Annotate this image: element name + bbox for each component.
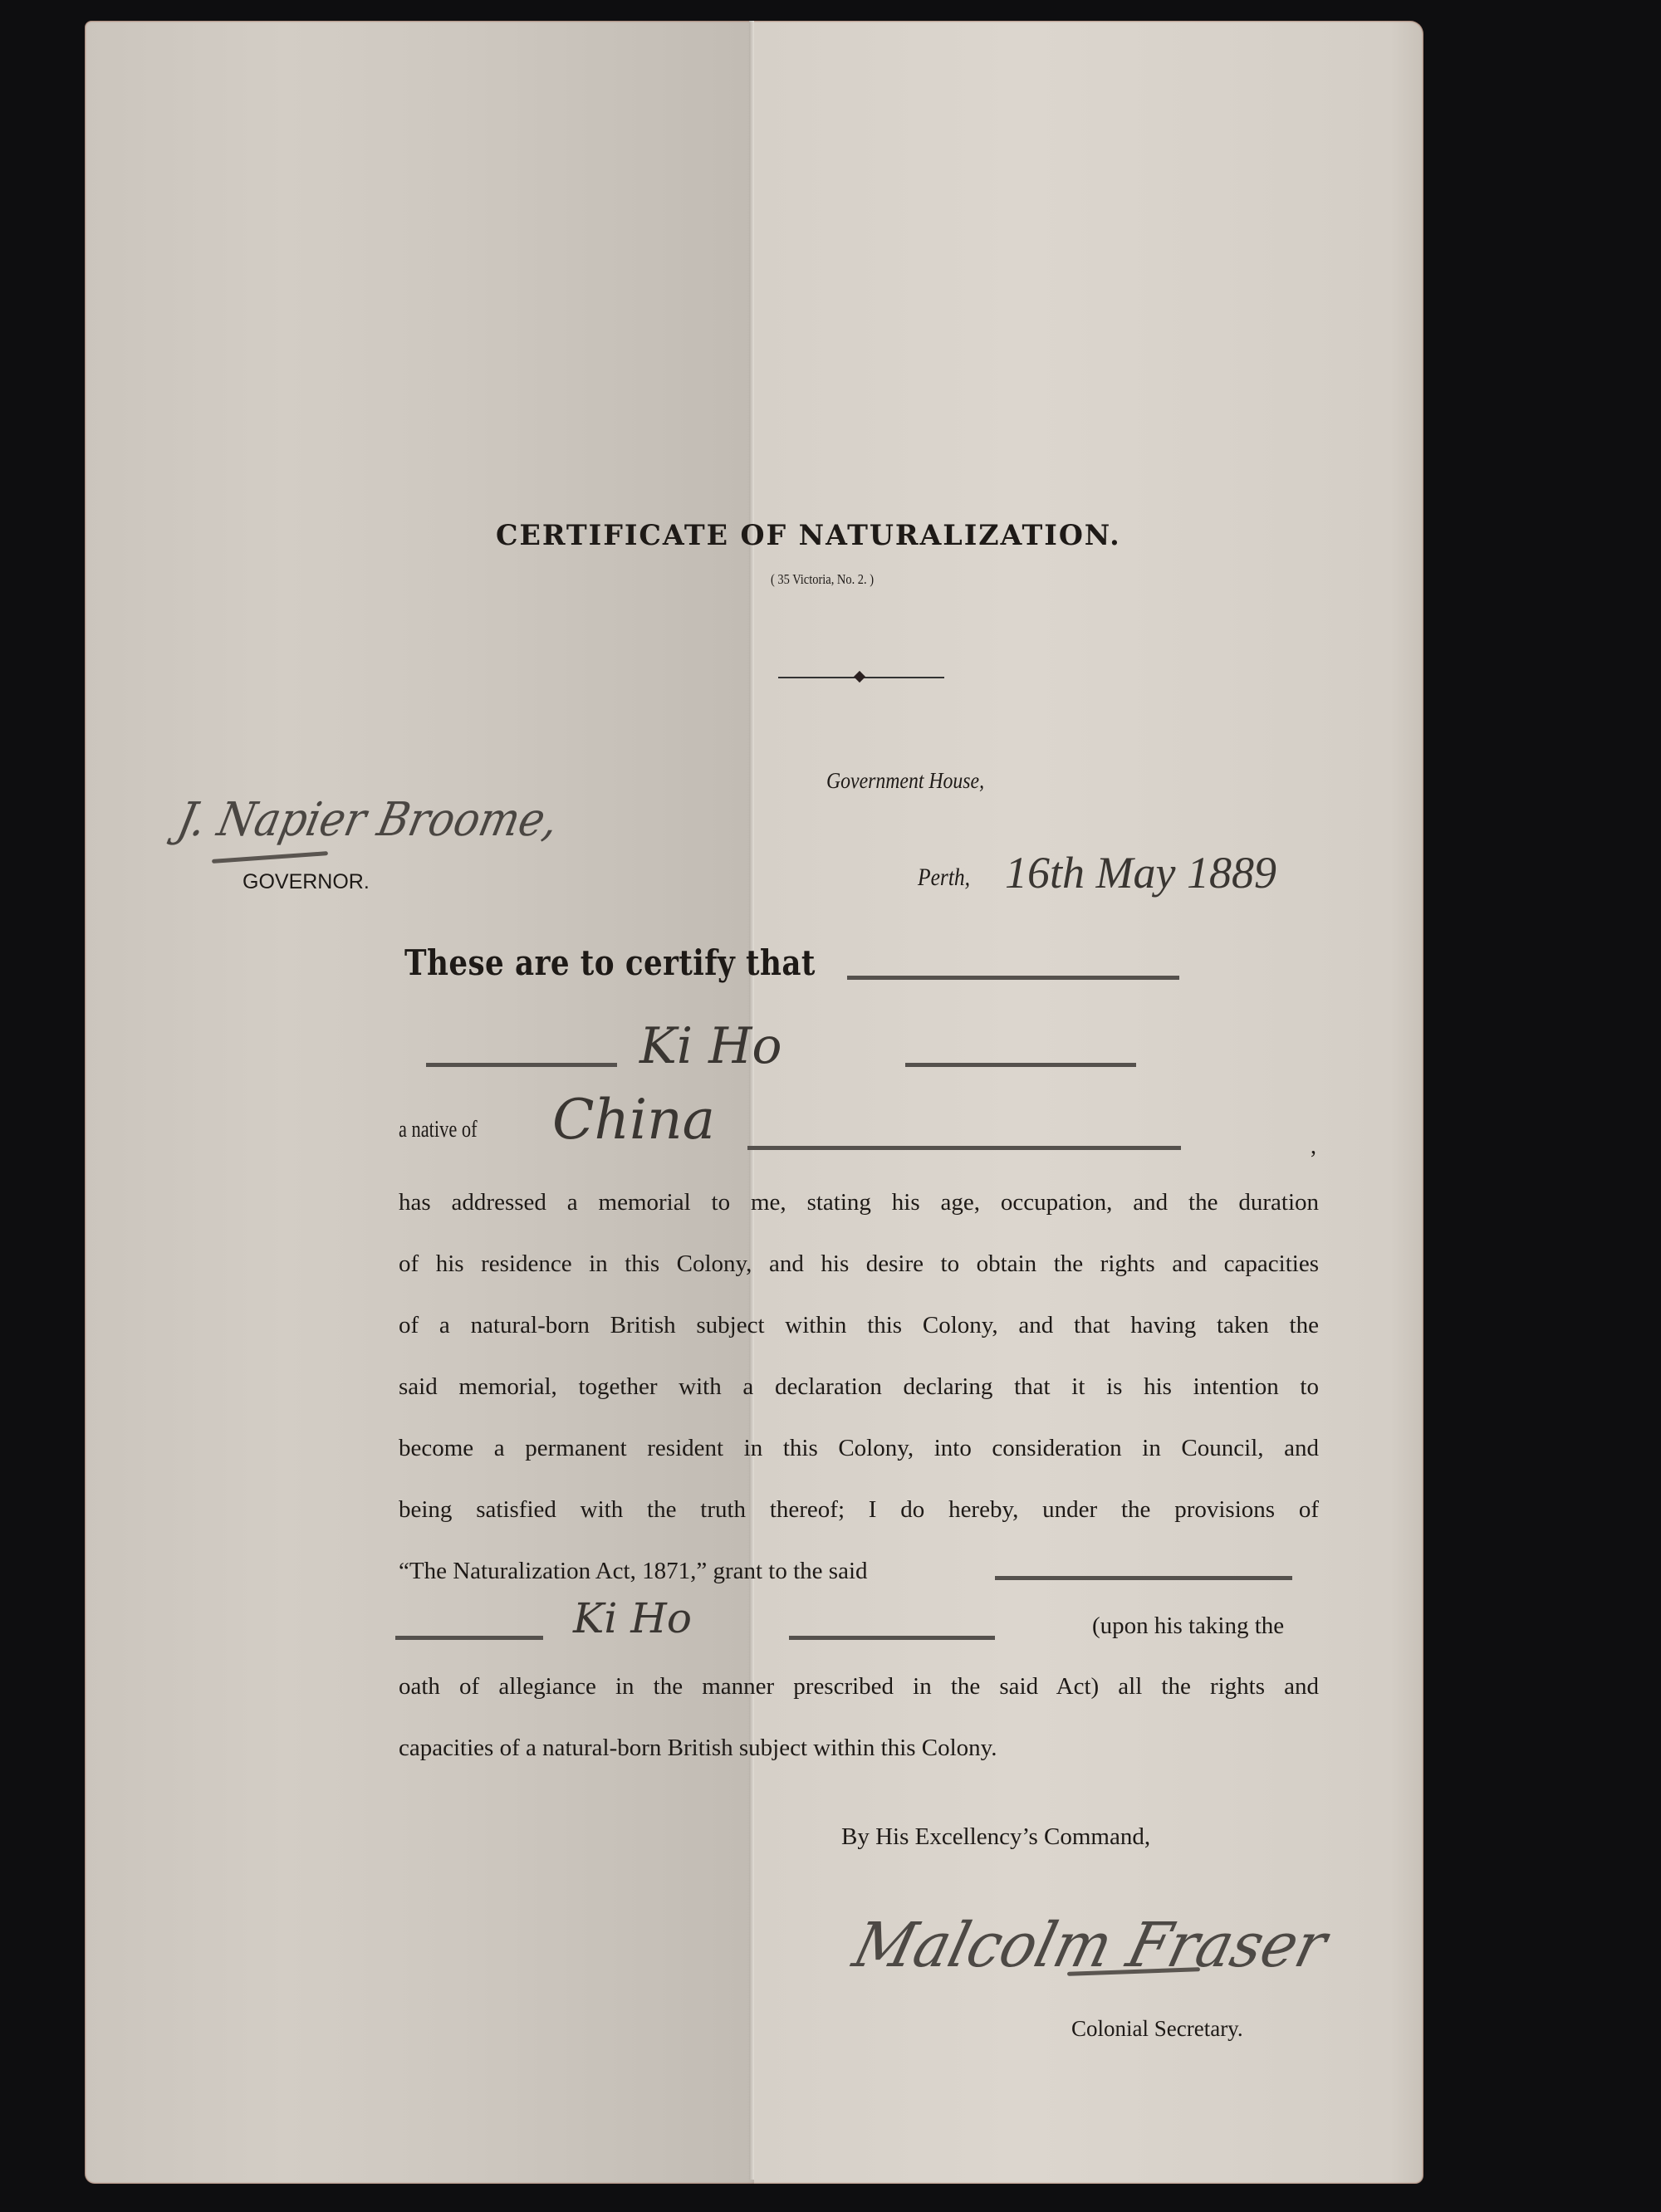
body-line: oath of allegiance in the manner prescri… [399,1673,1319,1735]
act-line: “The Naturalization Act, 1871,” grant to… [399,1558,868,1585]
certify-heading: These are to certify that [404,942,816,983]
document-subtitle: ( 35 Victoria, No. 2. ) [771,571,874,588]
body-line: of a natural-born British subject within… [399,1312,1319,1373]
body-line: being satisfied with the truth thereof; … [399,1496,1319,1558]
document-title: CERTIFICATE OF NATURALIZATION. [496,519,1121,552]
body-line: has addressed a memorial to me, stating … [399,1189,1319,1250]
body-line: become a permanent resident in this Colo… [399,1435,1319,1496]
body-line: said memorial, together with a declarati… [399,1373,1319,1435]
governor-label: GOVERNOR. [243,870,370,894]
handwritten-date: 16th May 1889 [1005,847,1276,898]
grantee-name-handwritten: Ki Ho [573,1594,692,1642]
blank-line [426,1063,617,1067]
trailing-comma: , [1311,1133,1316,1160]
body-line: capacities of a natural-born British sub… [399,1735,1319,1796]
blank-line [789,1636,995,1640]
body-line: of his residence in this Colony, and his… [399,1250,1319,1312]
government-house-label: Government House, [826,768,984,794]
colonial-secretary-label: Colonial Secretary. [1071,2016,1243,2042]
blank-line [905,1063,1136,1067]
blank-line [995,1576,1292,1580]
country-handwritten: China [552,1088,715,1152]
closing-paragraph: oath of allegiance in the manner prescri… [399,1673,1319,1796]
certificate-paper [85,21,1423,2184]
fold-crease [749,21,754,2180]
by-command-text: By His Excellency’s Command, [841,1823,1150,1851]
blank-line [395,1636,543,1640]
body-paragraph: has addressed a memorial to me, stating … [399,1189,1319,1558]
governor-signature: J. Napier Broome, [173,793,563,847]
city-label: Perth, [918,864,970,892]
person-name-handwritten: Ki Ho [639,1017,782,1075]
blank-line [847,976,1179,980]
native-of-label: a native of [399,1117,478,1143]
blank-line [747,1146,1181,1150]
upon-text: (upon his taking the [1092,1613,1284,1640]
